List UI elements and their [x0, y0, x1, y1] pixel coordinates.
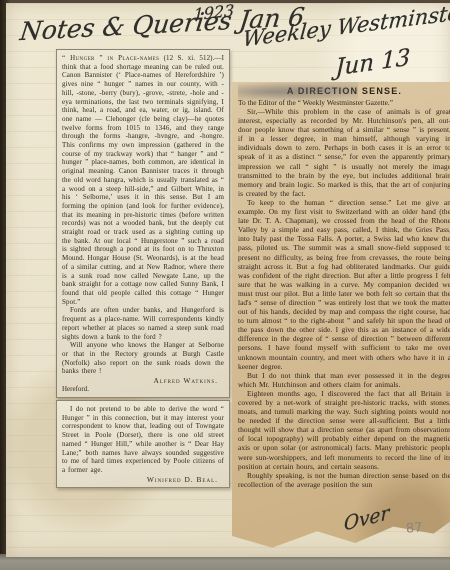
clipping-title: A DIRECTION SENSE.	[238, 86, 450, 97]
clipping-paragraph: To keep to the human “ direction sense.”…	[238, 198, 450, 371]
pencil-page-number: 87	[405, 520, 423, 536]
clipping-salutation: To the Editor of the “ Weekly Westminste…	[238, 98, 450, 107]
clipping-paragraph: “ Hunger ” in Place-names (12 S. xi. 512…	[62, 54, 224, 306]
scrapbook-photo: 1923 Notes & Queries Jan 6 Weekley Westm…	[0, 0, 450, 570]
signature-alfred-watkins: Alfred Watkins.	[62, 376, 224, 385]
clipping-paragraph: Fords are often under banks, and Hungerf…	[62, 306, 224, 341]
clipping-paragraph: I do not pretend to be able to derive th…	[62, 405, 224, 475]
handwritten-date-right: Jun 13	[335, 45, 411, 82]
clipping-paragraph: Sir,—While this problem in the case of a…	[238, 107, 450, 198]
signature-winifred-beal: Winifred D. Beal.	[62, 475, 224, 484]
clipping-paragraph: Will anyone who knows the Hanger at Selb…	[62, 341, 224, 376]
clipping-paragraph: Roughly speaking, is not the human direc…	[238, 471, 450, 489]
clipping-hunger-placenames: “ Hunger ” in Place-names (12 S. xi. 512…	[56, 49, 230, 398]
left-clipping-column: “ Hunger ” in Place-names (12 S. xi. 512…	[56, 49, 230, 488]
clipping-paragraph: Eighteen months ago, I discovered the fa…	[238, 389, 450, 471]
clipping-heading: “ Hunger ” in Place-names	[62, 54, 159, 62]
clipping-reference: (12 S. xi. 512).	[159, 54, 214, 62]
clipping-beal-reply: I do not pretend to be able to derive th…	[56, 400, 230, 488]
signature-location: Hereford.	[62, 385, 224, 394]
clipping-body-text: —I think that a food shortage meaning ca…	[62, 54, 224, 306]
clipping-direction-sense: A DIRECTION SENSE. To the Editor of the …	[232, 82, 450, 550]
clipping-paragraph: But I do not think that man ever possess…	[238, 371, 450, 389]
scrapbook-page: 1923 Notes & Queries Jan 6 Weekley Westm…	[6, 3, 450, 557]
